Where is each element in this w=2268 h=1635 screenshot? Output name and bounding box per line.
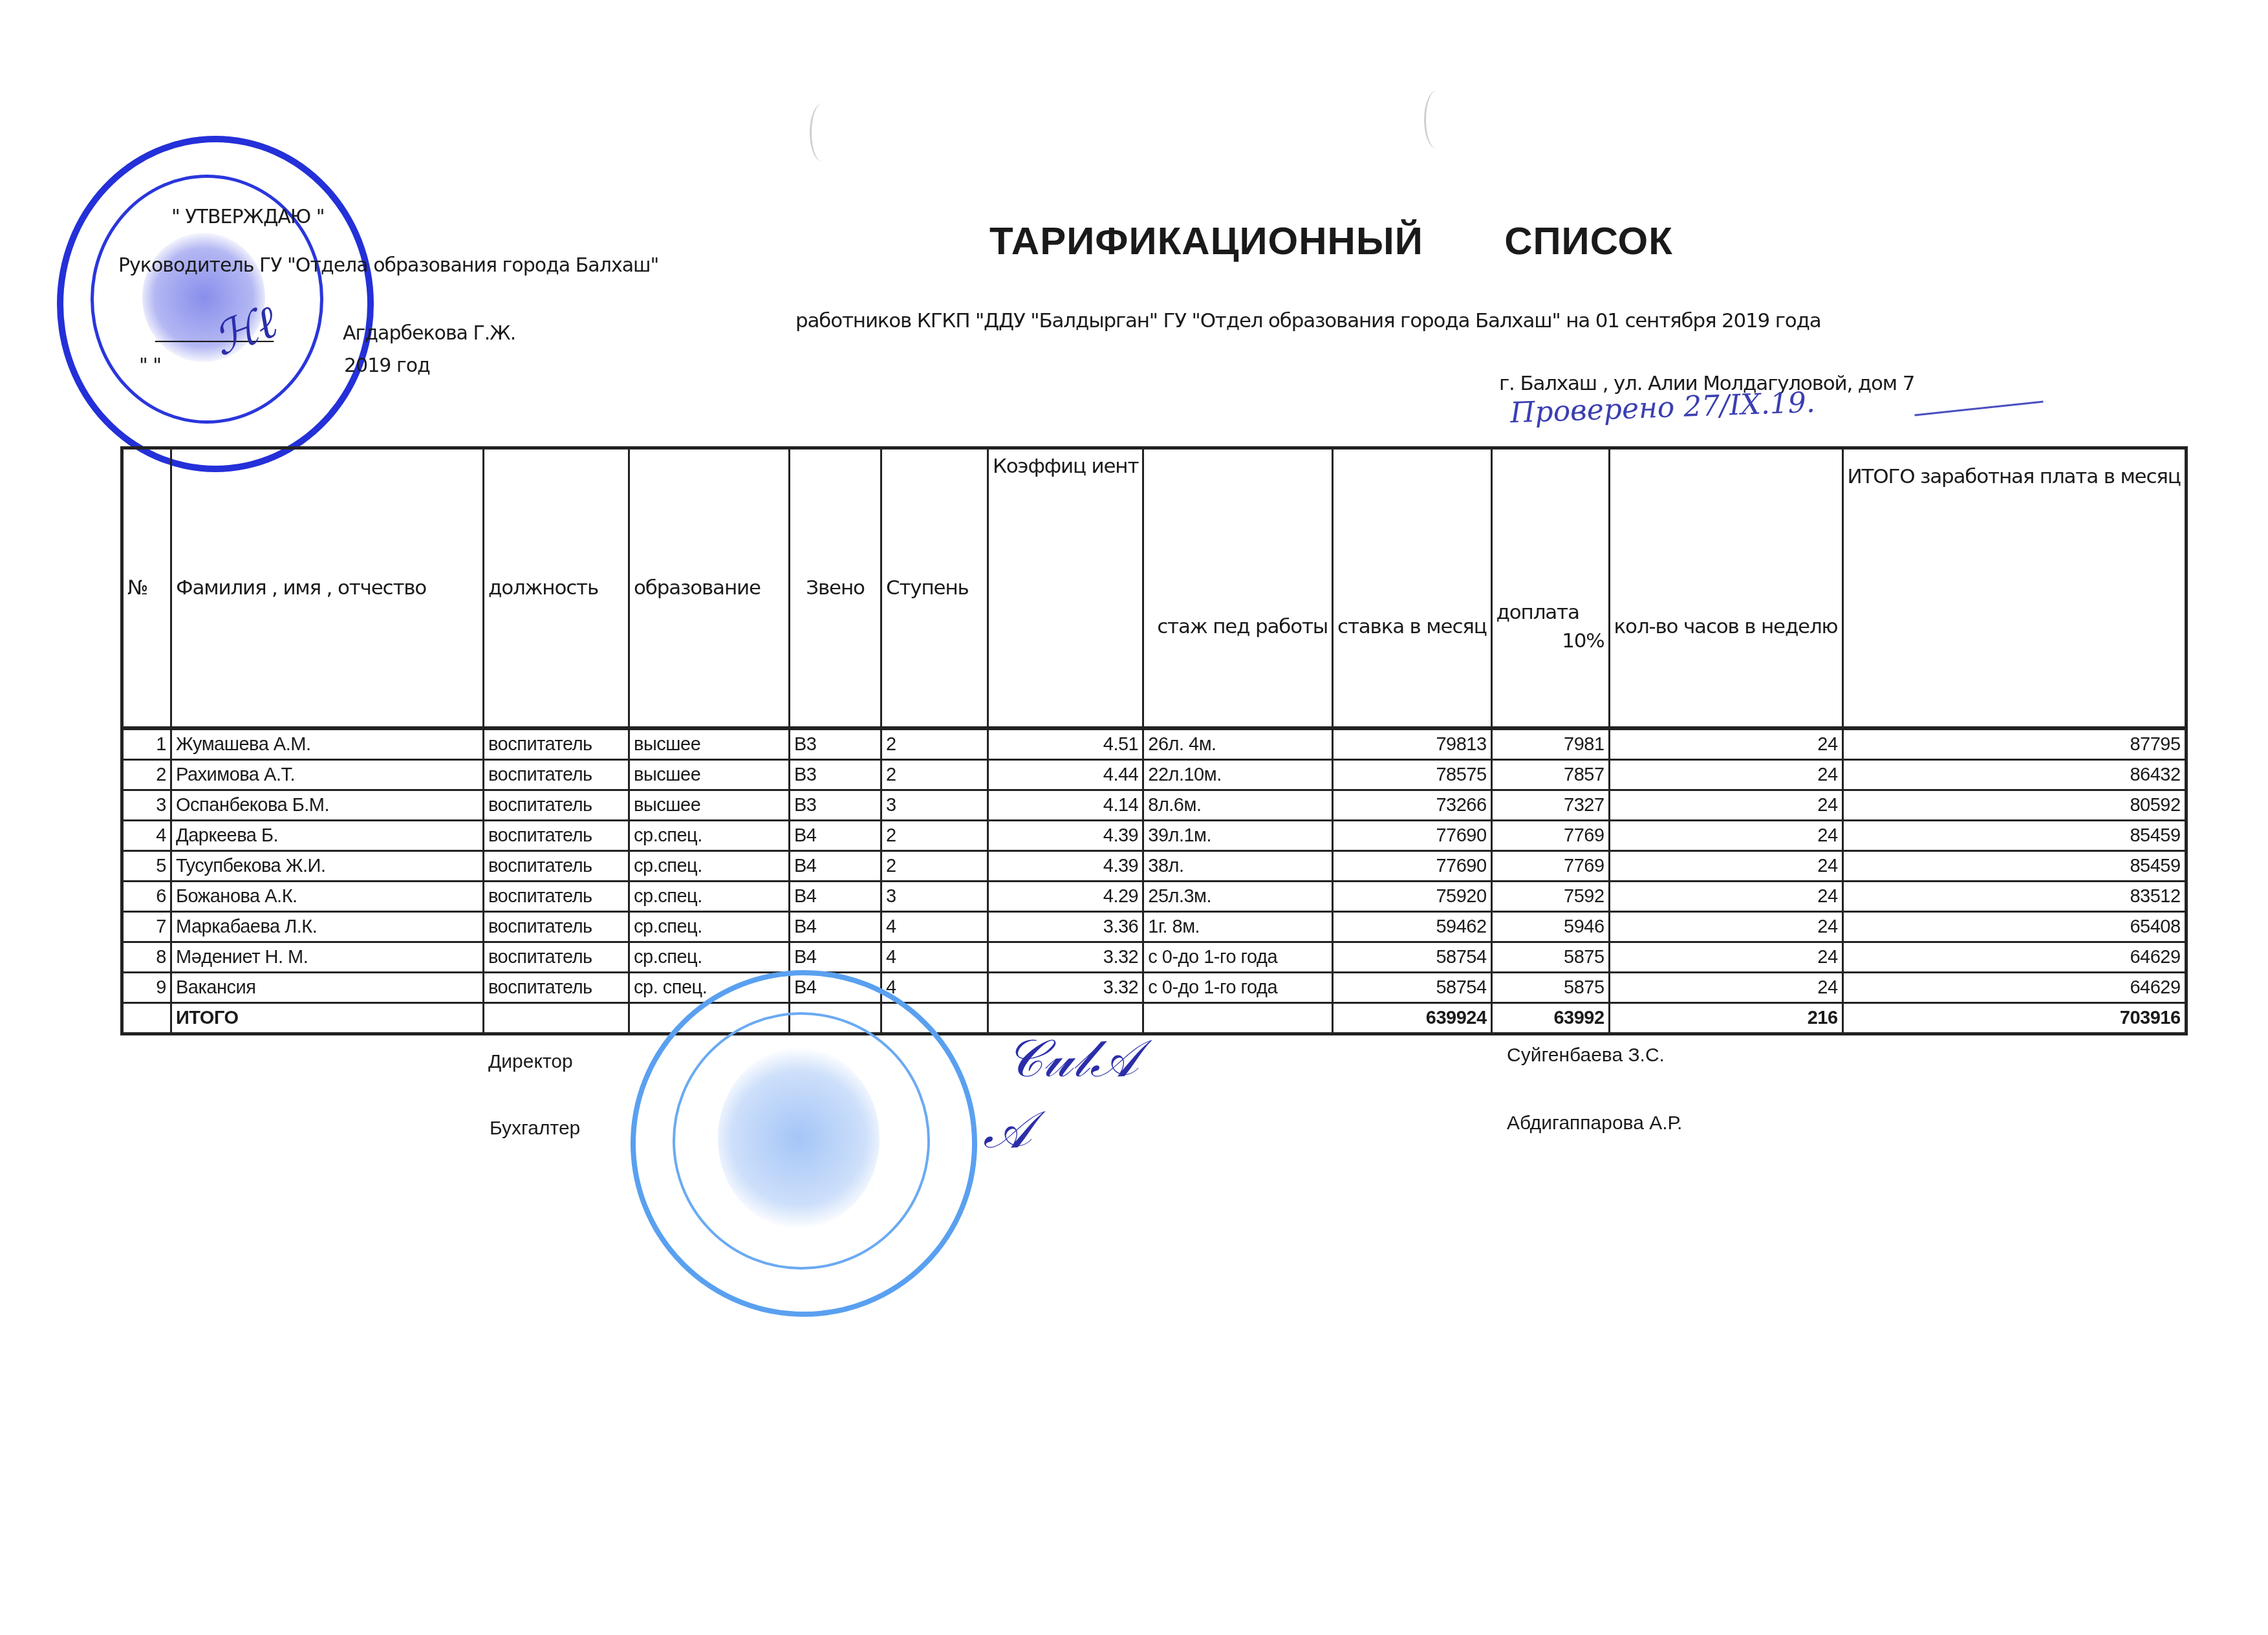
cell-coef: 4.39 xyxy=(988,821,1143,851)
header-coef: Коэффиц иент xyxy=(988,448,1143,729)
cell-position: воспитатель xyxy=(484,942,629,973)
cell-name: Рахимова А.Т. xyxy=(171,760,484,790)
cell-link: В4 xyxy=(790,912,881,942)
director-name: Суйгенбаева З.С. xyxy=(1507,1045,1665,1067)
cell-hours: 24 xyxy=(1609,760,1842,790)
summary-empty-cell xyxy=(484,1003,629,1034)
table-row: 1Жумашева А.М.воспитательвысшееВ324.5126… xyxy=(122,728,2187,760)
cell-experience: 26л. 4м. xyxy=(1143,728,1333,760)
approve-word: " УТВЕРЖДАЮ " xyxy=(171,206,325,228)
cell-grade: 3 xyxy=(881,790,988,821)
cell-coef: 3.32 xyxy=(988,973,1143,1003)
cell-total: 64629 xyxy=(1842,973,2186,1003)
cell-link: В4 xyxy=(790,882,881,912)
summary-label: ИТОГО xyxy=(171,1003,484,1034)
cell-position: воспитатель xyxy=(484,728,629,760)
table-row: 6Божанова А.К.воспитательср.спец.В434.29… xyxy=(122,882,2187,912)
cell-link: В3 xyxy=(790,790,881,821)
cell-bonus: 7857 xyxy=(1491,760,1609,790)
cell-link: В4 xyxy=(790,851,881,882)
cell-hours: 24 xyxy=(1609,973,1842,1003)
title-word-1: ТАРИФИКАЦИОННЫЙ xyxy=(989,219,1423,263)
approver-position: Руководитель ГУ "Отдела образования горо… xyxy=(118,254,658,277)
cell-experience: 22л.10м. xyxy=(1143,760,1333,790)
cell-experience: 39л.1м. xyxy=(1143,821,1333,851)
cell-total: 65408 xyxy=(1842,912,2186,942)
cell-rate: 77690 xyxy=(1333,851,1492,882)
cell-no: 7 xyxy=(122,912,171,942)
summary-total: 703916 xyxy=(1842,1003,2186,1034)
punch-hole-mark-left xyxy=(810,103,835,162)
cell-rate: 73266 xyxy=(1333,790,1492,821)
cell-grade: 2 xyxy=(881,760,988,790)
cell-total: 86432 xyxy=(1842,760,2186,790)
cell-grade: 3 xyxy=(881,882,988,912)
document-subtitle: работников КГКП "ДДУ "Балдырган" ГУ "Отд… xyxy=(795,309,1821,332)
cell-link: В3 xyxy=(790,760,881,790)
cell-total: 85459 xyxy=(1842,821,2186,851)
cell-hours: 24 xyxy=(1609,851,1842,882)
emblem-icon xyxy=(718,1048,880,1229)
title-word-2: СПИСОК xyxy=(1504,219,1673,263)
cell-name: Оспанбекова Б.М. xyxy=(171,790,484,821)
accountant-label: Бухгалтер xyxy=(490,1118,580,1140)
header-bonus-line2: 10% xyxy=(1496,627,1604,655)
approval-date-quotes: " " xyxy=(139,354,161,377)
header-bonus: доплата 10% xyxy=(1491,448,1609,729)
cell-hours: 24 xyxy=(1609,821,1842,851)
header-education: образование xyxy=(629,448,790,729)
cell-position: воспитатель xyxy=(484,790,629,821)
cell-education: ср.спец. xyxy=(629,821,790,851)
verified-underline xyxy=(1914,401,2043,417)
cell-grade: 4 xyxy=(881,942,988,973)
cell-no: 8 xyxy=(122,942,171,973)
table-body: 1Жумашева А.М.воспитательвысшееВ324.5126… xyxy=(122,728,2187,1003)
cell-total: 83512 xyxy=(1842,882,2186,912)
cell-total: 80592 xyxy=(1842,790,2186,821)
header-bonus-line1: доплата xyxy=(1496,598,1604,627)
table-row: 5Тусупбекова Ж.И.воспитательср.спец.В424… xyxy=(122,851,2187,882)
header-hours: кол-во часов в неделю xyxy=(1609,448,1842,729)
cell-name: Жумашева А.М. xyxy=(171,728,484,760)
cell-no: 4 xyxy=(122,821,171,851)
summary-empty-cell xyxy=(1143,1003,1333,1034)
cell-link: В4 xyxy=(790,942,881,973)
cell-rate: 75920 xyxy=(1333,882,1492,912)
cell-total: 64629 xyxy=(1842,942,2186,973)
cell-education: ср.спец. xyxy=(629,912,790,942)
table-row: 2Рахимова А.Т.воспитательвысшееВ324.4422… xyxy=(122,760,2187,790)
cell-coef: 3.32 xyxy=(988,942,1143,973)
cell-education: ср.спец. xyxy=(629,851,790,882)
cell-name: Вакансия xyxy=(171,973,484,1003)
cell-bonus: 7769 xyxy=(1491,851,1609,882)
header-no: № xyxy=(122,448,171,729)
cell-coef: 4.29 xyxy=(988,882,1143,912)
cell-grade: 4 xyxy=(881,912,988,942)
cell-name: Маркабаева Л.К. xyxy=(171,912,484,942)
cell-name: Божанова А.К. xyxy=(171,882,484,912)
cell-rate: 78575 xyxy=(1333,760,1492,790)
director-signature-scribble: 𝒞𝓊𝓁𝒜 xyxy=(1006,1028,1139,1089)
cell-name: Тусупбекова Ж.И. xyxy=(171,851,484,882)
cell-bonus: 7981 xyxy=(1491,728,1609,760)
accountant-signature-scribble: 𝒜 xyxy=(983,1099,1032,1160)
tariff-table: № Фамилия , имя , отчество должность обр… xyxy=(120,446,2188,1035)
cell-rate: 58754 xyxy=(1333,973,1492,1003)
cell-experience: с 0-до 1-го года xyxy=(1143,942,1333,973)
cell-education: ср.спец. xyxy=(629,942,790,973)
cell-education: ср.спец. xyxy=(629,882,790,912)
cell-bonus: 7769 xyxy=(1491,821,1609,851)
cell-hours: 24 xyxy=(1609,912,1842,942)
cell-education: высшее xyxy=(629,790,790,821)
summary-bonus: 63992 xyxy=(1491,1003,1609,1034)
table-row: 9Вакансиявоспитательср. спец.В443.32с 0-… xyxy=(122,973,2187,1003)
header-position: должность xyxy=(484,448,629,729)
header-name: Фамилия , имя , отчество xyxy=(171,448,484,729)
summary-no xyxy=(122,1003,171,1034)
cell-bonus: 5946 xyxy=(1491,912,1609,942)
cell-no: 6 xyxy=(122,882,171,912)
cell-no: 1 xyxy=(122,728,171,760)
table-header-row: № Фамилия , имя , отчество должность обр… xyxy=(122,448,2187,729)
cell-position: воспитатель xyxy=(484,973,629,1003)
document-title: ТАРИФИКАЦИОННЫЙ СПИСОК xyxy=(989,219,1673,263)
cell-bonus: 5875 xyxy=(1491,942,1609,973)
summary-hours: 216 xyxy=(1609,1003,1842,1034)
summary-rate: 639924 xyxy=(1333,1003,1492,1034)
cell-no: 5 xyxy=(122,851,171,882)
cell-no: 2 xyxy=(122,760,171,790)
cell-rate: 79813 xyxy=(1333,728,1492,760)
cell-coef: 4.14 xyxy=(988,790,1143,821)
table-row: 7Маркабаева Л.К.воспитательср.спец.В443.… xyxy=(122,912,2187,942)
cell-experience: 25л.3м. xyxy=(1143,882,1333,912)
cell-rate: 77690 xyxy=(1333,821,1492,851)
cell-experience: 1г. 8м. xyxy=(1143,912,1333,942)
cell-grade: 2 xyxy=(881,728,988,760)
cell-link: В3 xyxy=(790,728,881,760)
cell-position: воспитатель xyxy=(484,760,629,790)
approver-name: Агдарбекова Г.Ж. xyxy=(343,322,515,345)
cell-hours: 24 xyxy=(1609,942,1842,973)
header-link: Звено xyxy=(790,448,881,729)
header-grade: Ступень xyxy=(881,448,988,729)
cell-bonus: 5875 xyxy=(1491,973,1609,1003)
cell-grade: 2 xyxy=(881,821,988,851)
punch-hole-mark-right xyxy=(1424,91,1449,149)
cell-experience: с 0-до 1-го года xyxy=(1143,973,1333,1003)
header-experience: стаж пед работы xyxy=(1143,448,1333,729)
cell-position: воспитатель xyxy=(484,821,629,851)
cell-total: 85459 xyxy=(1842,851,2186,882)
cell-coef: 4.51 xyxy=(988,728,1143,760)
table-row: 3Оспанбекова Б.М.воспитательвысшееВ334.1… xyxy=(122,790,2187,821)
cell-experience: 8л.6м. xyxy=(1143,790,1333,821)
header-rate: ставка в месяц xyxy=(1333,448,1492,729)
cell-position: воспитатель xyxy=(484,912,629,942)
cell-no: 3 xyxy=(122,790,171,821)
cell-rate: 58754 xyxy=(1333,942,1492,973)
header-total: ИТОГО заработная плата в месяц xyxy=(1842,448,2186,729)
cell-bonus: 7592 xyxy=(1491,882,1609,912)
cell-hours: 24 xyxy=(1609,790,1842,821)
cell-education: высшее xyxy=(629,728,790,760)
approval-year: 2019 год xyxy=(344,354,430,377)
cell-education: высшее xyxy=(629,760,790,790)
cell-total: 87795 xyxy=(1842,728,2186,760)
table-row: 8Мәдениет Н. М.воспитательср.спец.В443.3… xyxy=(122,942,2187,973)
accountant-name: Абдигаппарова А.Р. xyxy=(1507,1112,1682,1134)
director-label: Директор xyxy=(488,1051,573,1073)
cell-link: В4 xyxy=(790,821,881,851)
cell-position: воспитатель xyxy=(484,851,629,882)
cell-grade: 2 xyxy=(881,851,988,882)
summary-row: ИТОГО 639924 63992 216 703916 xyxy=(122,1003,2187,1034)
cell-experience: 38л. xyxy=(1143,851,1333,882)
cell-position: воспитатель xyxy=(484,882,629,912)
cell-name: Мәдениет Н. М. xyxy=(171,942,484,973)
cell-hours: 24 xyxy=(1609,728,1842,760)
cell-rate: 59462 xyxy=(1333,912,1492,942)
cell-bonus: 7327 xyxy=(1491,790,1609,821)
table-row: 4Даркеева Б.воспитательср.спец.В424.3939… xyxy=(122,821,2187,851)
cell-hours: 24 xyxy=(1609,882,1842,912)
cell-no: 9 xyxy=(122,973,171,1003)
cell-name: Даркеева Б. xyxy=(171,821,484,851)
cell-coef: 4.39 xyxy=(988,851,1143,882)
cell-coef: 4.44 xyxy=(988,760,1143,790)
cell-coef: 3.36 xyxy=(988,912,1143,942)
